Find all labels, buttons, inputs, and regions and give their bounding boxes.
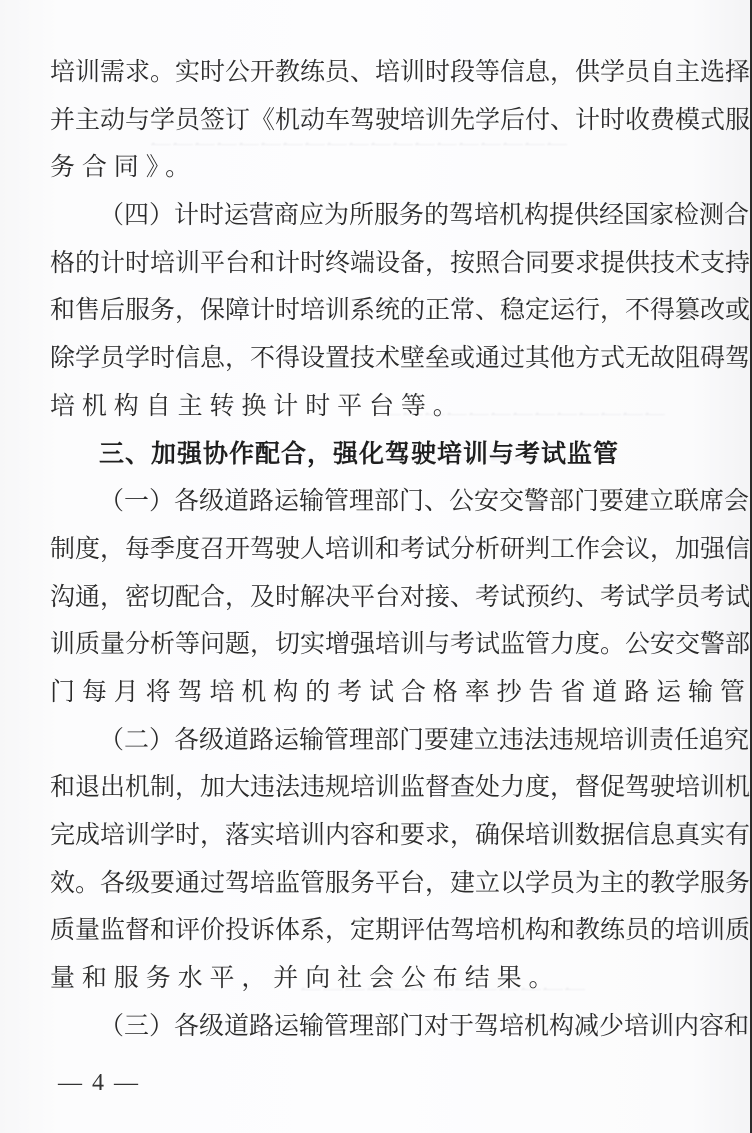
text-line: 量和服务水平，并向社会公布结果。 bbox=[50, 954, 714, 1002]
text-line: 质量监督和评价投诉体系，定期评估驾培机构和教练员的培训质 bbox=[50, 906, 714, 954]
paragraph-start-line: （二）各级道路运输管理部门要建立违法违规培训责任追究 bbox=[50, 716, 714, 764]
text-line: 培训需求。实时公开教练员、培训时段等信息，供学员自主选择， bbox=[50, 48, 714, 96]
page-number: — 4 — bbox=[58, 1070, 140, 1097]
text-line: 沟通，密切配合，及时解决平台对接、考试预约、考试学员考试、培 bbox=[50, 573, 714, 621]
document-page: 一一一一一一一一一一一一一一一一一一一 一一一一一一一一一一一一一 一一一一一一… bbox=[0, 0, 752, 1133]
text-line: 制度，每季度召开驾驶人培训和考试分析研判工作会议，加强信息 bbox=[50, 525, 714, 573]
paragraph-start-line: （三）各级道路运输管理部门对于驾培机构减少培训内容和 bbox=[50, 1002, 714, 1050]
text-line: 完成培训学时，落实培训内容和要求，确保培训数据信息真实有 bbox=[50, 811, 714, 859]
text-line: 门每月将驾培机构的考试合格率抄告省道路运输管理部门。 bbox=[50, 668, 714, 716]
text-line: 培机构自主转换计时平台等。 bbox=[50, 382, 714, 430]
document-body: 培训需求。实时公开教练员、培训时段等信息，供学员自主选择， 并主动与学员签订《机… bbox=[50, 48, 714, 1049]
paragraph-start-line: （一）各级道路运输管理部门、公安交警部门要建立联席会议 bbox=[50, 477, 714, 525]
text-line: 格的计时培训平台和计时终端设备，按照合同要求提供技术支持 bbox=[50, 239, 714, 287]
text-line: 务合同》。 bbox=[50, 143, 714, 191]
text-line: 训质量分析等问题，切实增强培训与考试监管力度。公安交警部 bbox=[50, 620, 714, 668]
paragraph-start-line: （四）计时运营商应为所服务的驾培机构提供经国家检测合 bbox=[50, 191, 714, 239]
text-line: 和售后服务，保障计时培训系统的正常、稳定运行，不得篡改或删 bbox=[50, 286, 714, 334]
text-line: 和退出机制，加大违法违规培训监督查处力度，督促驾驶培训机构 bbox=[50, 763, 714, 811]
text-line: 并主动与学员签订《机动车驾驶培训先学后付、计时收费模式服 bbox=[50, 96, 714, 144]
section-heading: 三、加强协作配合，强化驾驶培训与考试监管 bbox=[50, 430, 714, 478]
text-line: 效。各级要通过驾培监管服务平台，建立以学员为主的教学服务 bbox=[50, 859, 714, 907]
text-line: 除学员学时信息，不得设置技术壁垒或通过其他方式无故阻碍驾 bbox=[50, 334, 714, 382]
